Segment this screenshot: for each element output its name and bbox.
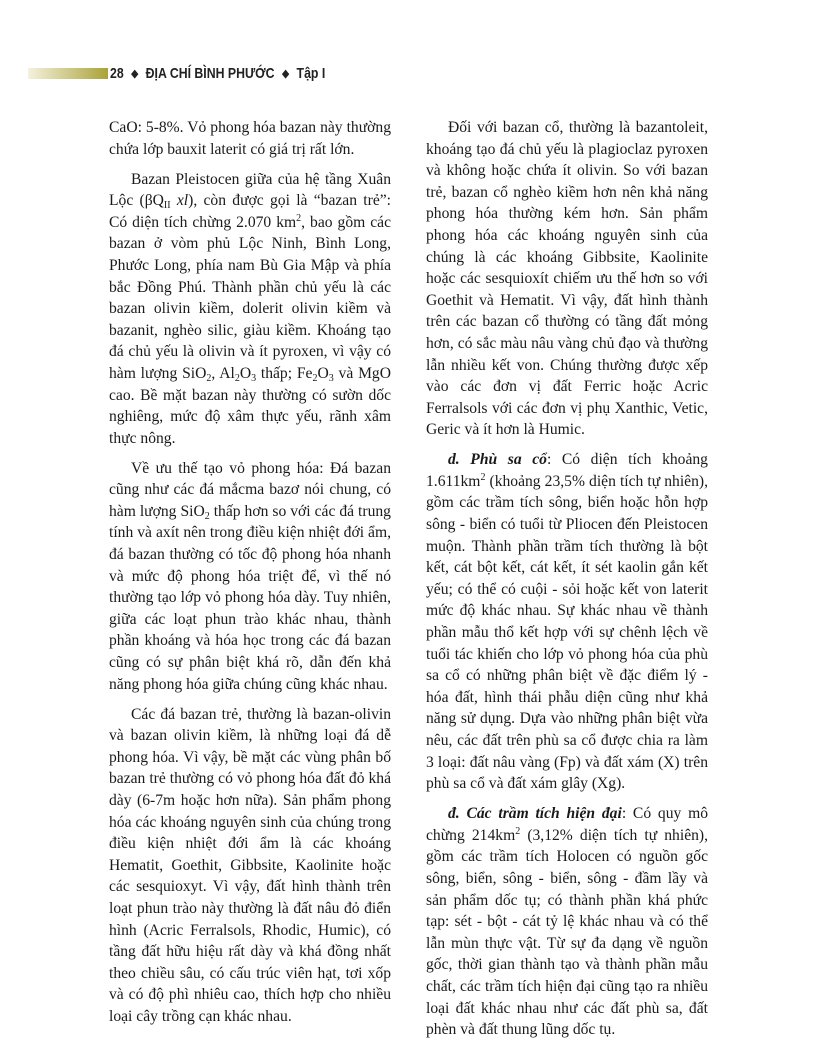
paragraph: đ. Các trầm tích hiện đại: Có quy mô chừ… <box>426 803 708 1041</box>
running-header: 28 ◆ ĐỊA CHÍ BÌNH PHƯỚC ◆ Tập I <box>28 62 373 84</box>
diamond-icon: ◆ <box>131 68 138 80</box>
paragraph: Bazan Pleistocen giữa của hệ tầng Xuân L… <box>109 169 391 450</box>
page-number: 28 <box>110 65 124 82</box>
book-title: ĐỊA CHÍ BÌNH PHƯỚC <box>146 65 275 82</box>
header-text: 28 ◆ ĐỊA CHÍ BÌNH PHƯỚC ◆ Tập I <box>110 65 325 82</box>
header-accent-bar <box>28 68 108 79</box>
volume-label: Tập I <box>297 65 326 82</box>
paragraph: Các đá bazan trẻ, thường là bazan-olivin… <box>109 704 391 1028</box>
diamond-icon: ◆ <box>282 68 289 80</box>
paragraph: Về ưu thế tạo vỏ phong hóa: Đá bazan cũn… <box>109 458 391 696</box>
right-column: Đối với bazan cổ, thường là bazantoleit,… <box>426 117 708 1049</box>
paragraph: d. Phù sa cổ: Có diện tích khoảng 1.611k… <box>426 449 708 795</box>
section-heading: đ. Các trầm tích hiện đại <box>448 805 622 822</box>
paragraph: CaO: 5-8%. Vỏ phong hóa bazan này thường… <box>109 117 391 160</box>
paragraph: Đối với bazan cổ, thường là bazantoleit,… <box>426 117 708 441</box>
section-heading: d. Phù sa cổ <box>448 451 547 468</box>
left-column: CaO: 5-8%. Vỏ phong hóa bazan này thường… <box>109 117 391 1036</box>
